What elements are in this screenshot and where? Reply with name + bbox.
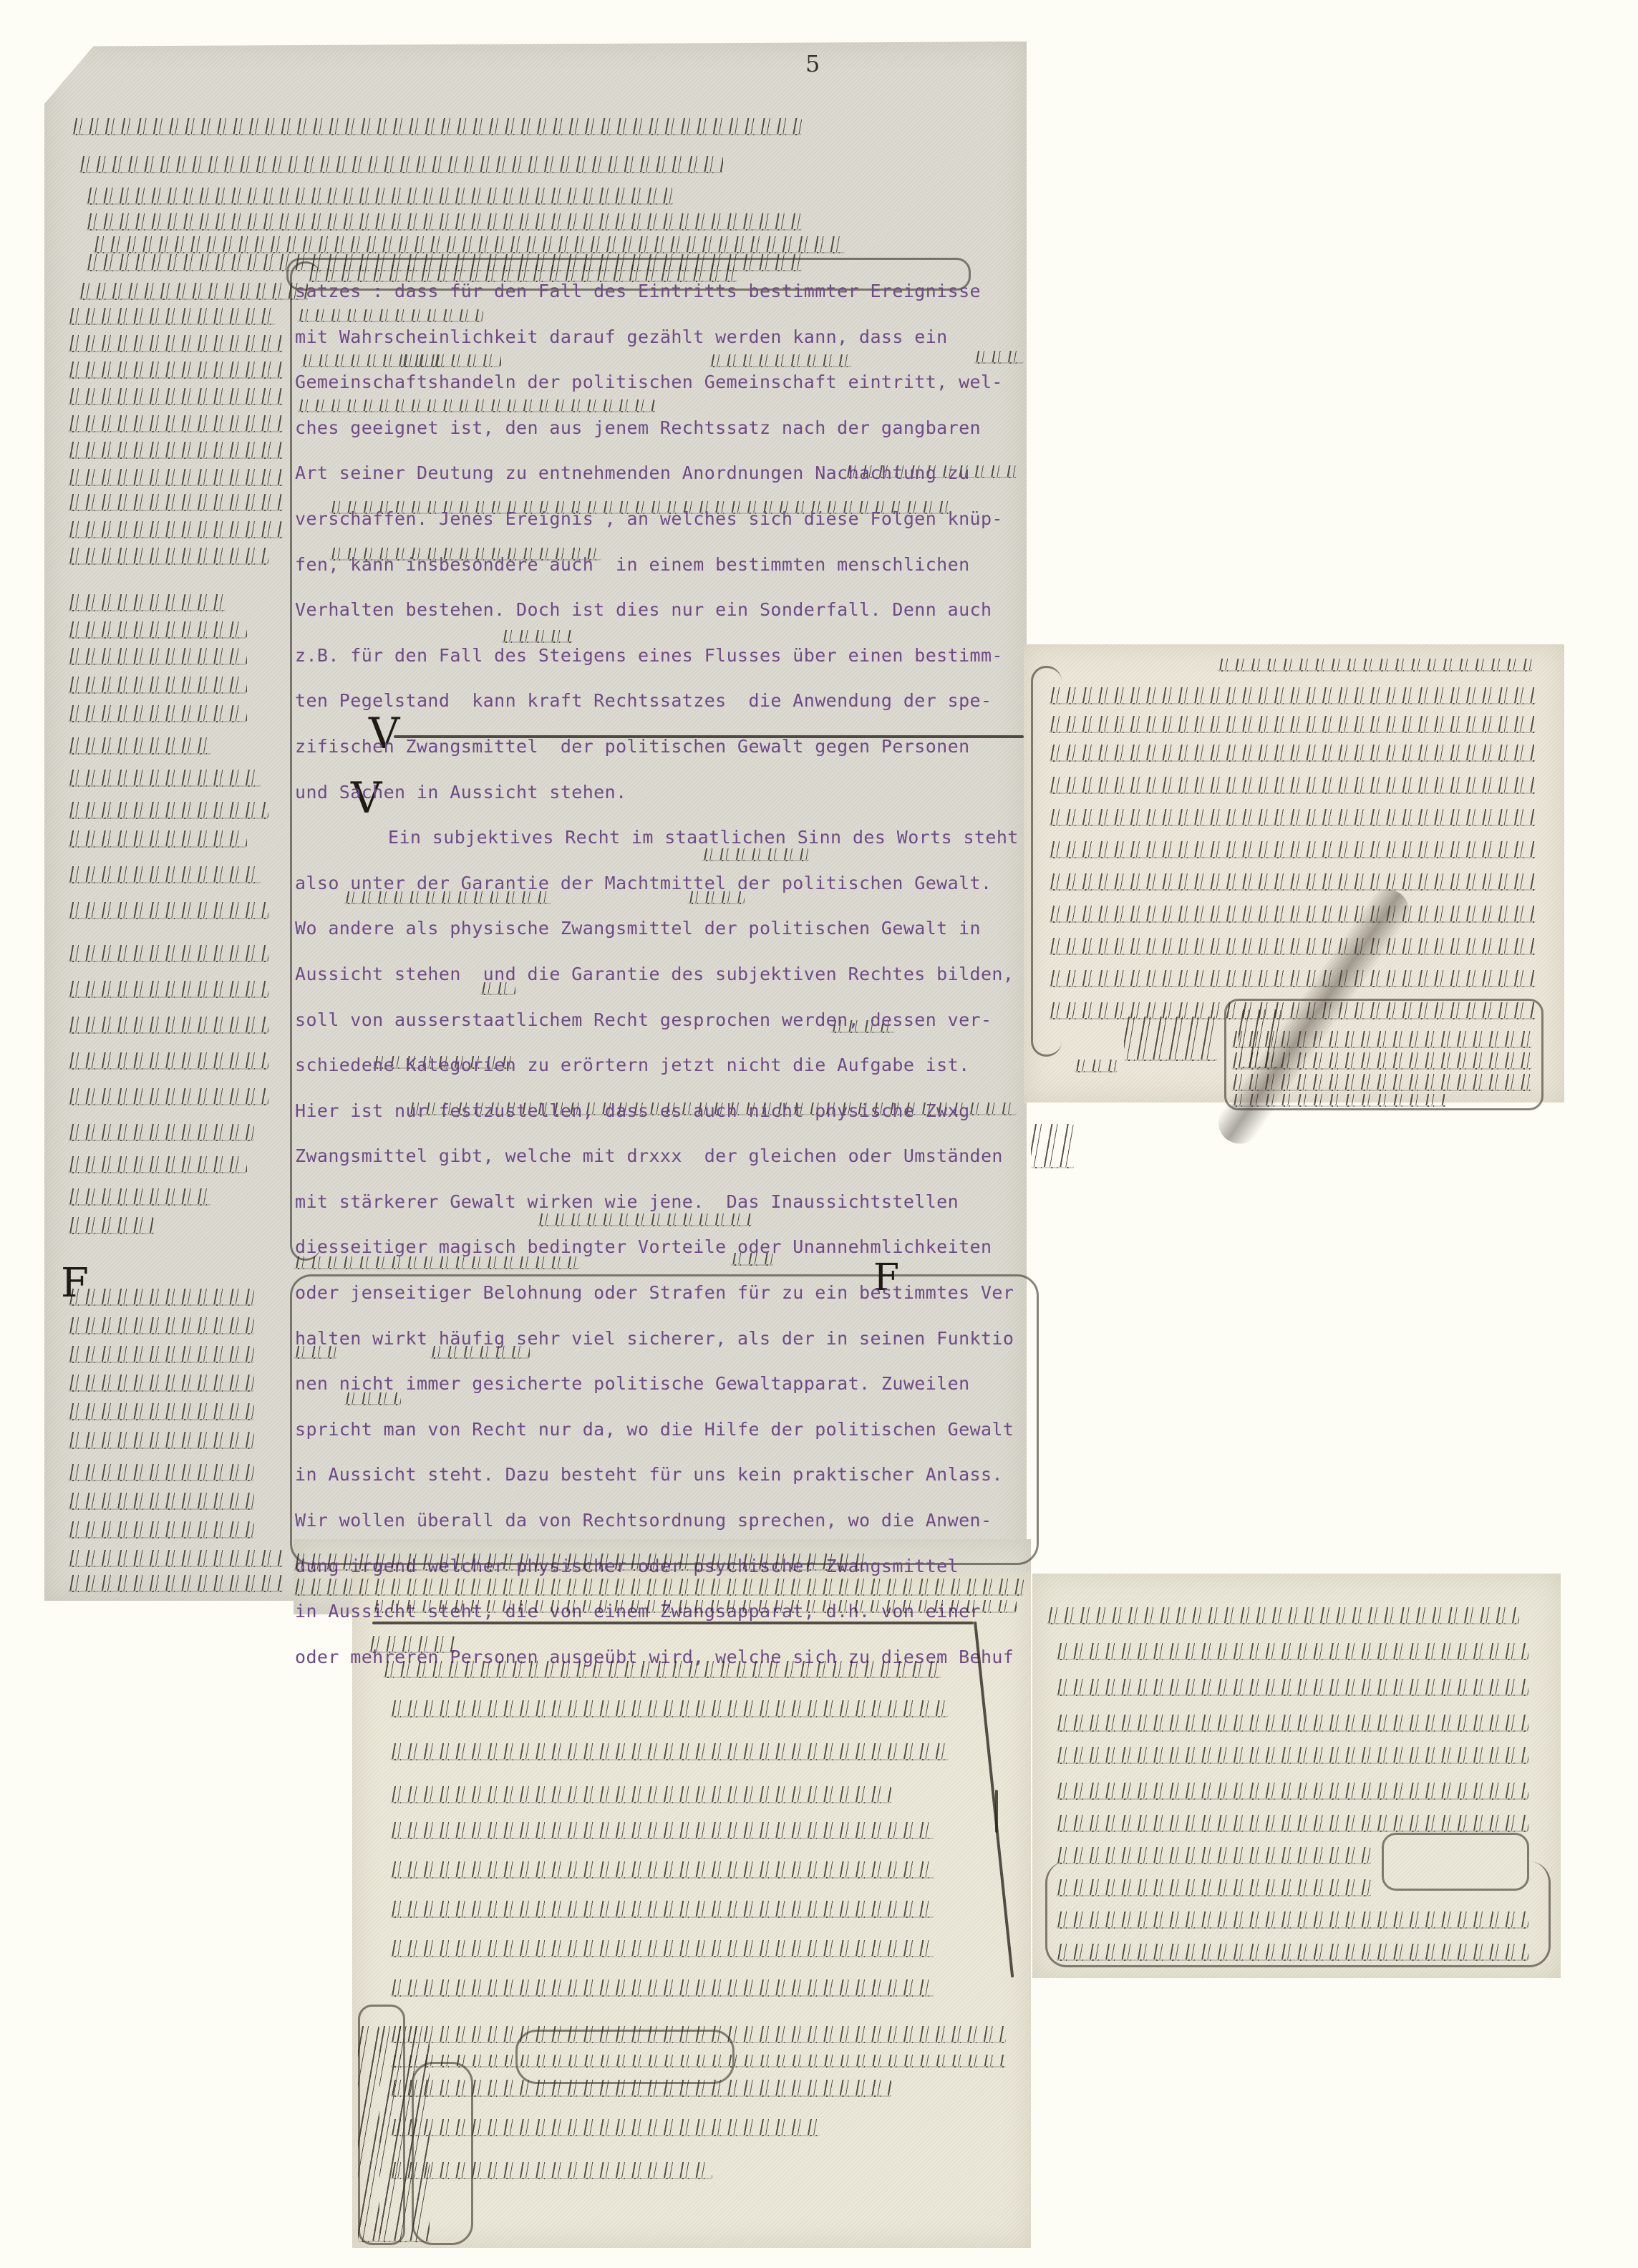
typed-line: Aussicht stehen und die Garantie des sub… — [295, 951, 1025, 997]
typed-line: schiedene Kategorien zu erörtern jetzt n… — [295, 1042, 1025, 1088]
typed-line: halten wirkt häufig sehr viel sicherer, … — [295, 1316, 1025, 1362]
typed-line: diesseitiger magisch bedingter Vorteile … — [295, 1224, 1025, 1270]
typed-line: Hier ist nur festzustellen, dass es auch… — [295, 1088, 1025, 1134]
typed-line: Wir wollen überall da von Rechtsordnung … — [295, 1498, 1025, 1543]
typed-line: fen, kann insbesondere auch in einem bes… — [295, 542, 1025, 588]
typed-line: Verhalten bestehen. Doch ist dies nur ei… — [295, 587, 1025, 633]
page-marker: 5 — [805, 50, 820, 77]
typed-line: ten Pegelstand kann kraft Rechtssatzes d… — [295, 678, 1025, 724]
typed-line: Gemeinschaftshandeln der politischen Gem… — [295, 359, 1025, 405]
typed-line: zifischen Zwangsmittel der politischen G… — [295, 724, 1025, 770]
typed-line: oder jenseitiger Belohnung oder Strafen … — [295, 1270, 1025, 1316]
typed-line: verschaffen. Jenes Ereignis , an welches… — [295, 496, 1025, 542]
typed-line: nen nicht immer gesicherte politische Ge… — [295, 1361, 1025, 1407]
typed-line: in Aussicht steht. Dazu besteht für uns … — [295, 1452, 1025, 1498]
typed-line: und Sachen in Aussicht stehen. — [295, 770, 1025, 815]
typed-line: Art seiner Deutung zu entnehmenden Anord… — [295, 450, 1025, 496]
typed-line: z.B. für den Fall des Steigens eines Flu… — [295, 633, 1025, 679]
typed-line: soll von ausserstaatlichem Recht gesproc… — [295, 997, 1025, 1043]
typed-line: mit stärkerer Gewalt wirken wie jene. Da… — [295, 1179, 1025, 1225]
typed-line: Wo andere als physische Zwangsmittel der… — [295, 906, 1025, 951]
typed-line: spricht man von Recht nur da, wo die Hil… — [295, 1407, 1025, 1453]
typed-line: also unter der Garantie der Machtmittel … — [295, 861, 1025, 906]
typewritten-body: satzes : dass für den Fall des Eintritts… — [295, 268, 1025, 1680]
typed-line: Ein subjektives Recht im staatlichen Sin… — [295, 815, 1025, 861]
typed-line: mit Wahrscheinlichkeit darauf gezählt we… — [295, 314, 1025, 360]
typed-line: satzes : dass für den Fall des Eintritts… — [295, 268, 1025, 314]
insertion-mark-f: F — [61, 1260, 89, 1307]
typed-line: Zwangsmittel gibt, welche mit drxxx der … — [295, 1133, 1025, 1179]
typed-line: ches geeignet ist, den aus jenem Rechtss… — [295, 405, 1025, 451]
